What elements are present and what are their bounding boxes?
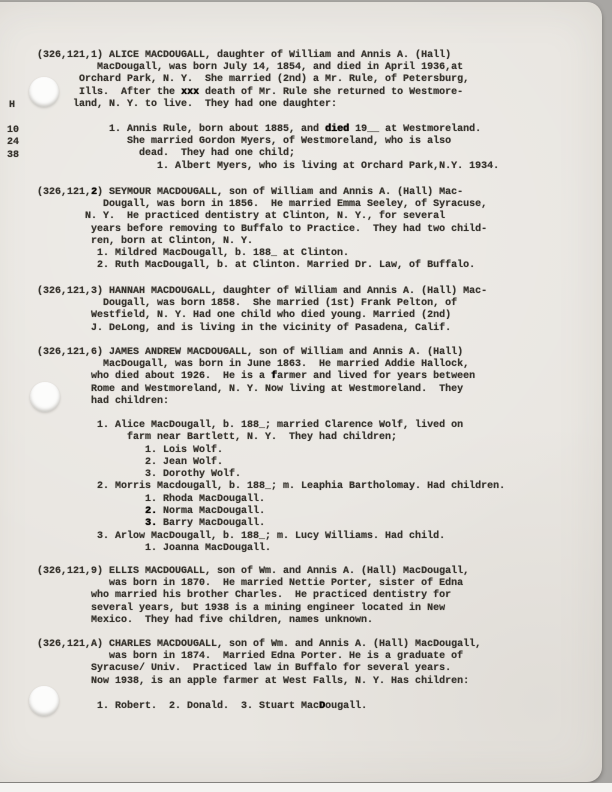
text-segment: J. DeLong, and is living in the vicinity… (37, 323, 451, 334)
text-segment: Now 1938, is an apple farmer at West Fal… (37, 676, 469, 687)
text-segment: 3. (145, 518, 157, 529)
text-segment: 2. Morris Macdougall, b. 188_; m. Leaphi… (37, 481, 505, 492)
text-line: Dougall, was born 1858. She married (1st… (37, 298, 487, 310)
text-segment: who died about 1926. He is a (37, 371, 271, 382)
text-segment: Ills. After the (37, 87, 181, 98)
text-segment: 19__ at Westmoreland. (349, 124, 481, 135)
text-segment: 1. Robert. 2. Donald. 3. Stuart Mac (37, 701, 319, 712)
text-line: 1. Lois Wolf. (37, 445, 505, 457)
text-line: several years, but 1938 is a mining engi… (37, 603, 469, 615)
text-segment: had children: (37, 396, 169, 407)
text-segment: She married Gordon Myers, of Westmorelan… (37, 136, 451, 147)
entry-charles-macdougall: (326,121,A) CHARLES MACDOUGALL, son of W… (37, 639, 481, 688)
text-line: who died about 1926. He is a farmer and … (37, 371, 475, 383)
text-segment: MacDougall, was born in June 1863. He ma… (37, 359, 469, 370)
text-segment: (326,121,A) CHARLES MACDOUGALL, son of W… (37, 639, 481, 650)
text-segment: Westfield, N. Y. Had one child who died … (37, 310, 451, 321)
text-segment: land, N. Y. to live. They had one daught… (37, 99, 337, 110)
text-segment: 3. Dorothy Wolf. (37, 469, 241, 480)
text-segment: 3. Arlow MacDougall, b. 188_; m. Lucy Wi… (37, 531, 445, 542)
text-segment: (326,121,3) HANNAH MACDOUGALL, daughter … (37, 286, 487, 297)
text-segment: 1. Lois Wolf. (37, 445, 223, 456)
text-line: (326,121,1) ALICE MACDOUGALL, daughter o… (37, 50, 469, 62)
text-segment: 1. Alice MacDougall, b. 188_; married Cl… (37, 420, 463, 431)
text-segment: (326,121,1) ALICE MACDOUGALL, daughter o… (37, 50, 451, 61)
text-line: was born in 1874. Married Edna Porter. H… (37, 651, 481, 663)
text-segment: ) SEYMOUR MACDOUGALL, son of William and… (97, 187, 463, 198)
text-segment: Norma MacDougall. (157, 506, 265, 517)
text-segment: (326,121, (37, 187, 91, 198)
text-line: Ills. After the xxx death of Mr. Rule sh… (37, 87, 469, 99)
text-segment: Dougall, was born in 1856. He married Em… (37, 199, 487, 210)
text-segment: Barry MacDougall. (157, 518, 265, 529)
text-segment: 2. (145, 506, 157, 517)
text-line: 3. Arlow MacDougall, b. 188_; m. Lucy Wi… (37, 531, 505, 543)
text-line: 3. Barry MacDougall. (37, 518, 505, 530)
text-segment: Orchard Park, N. Y. She married (2nd) a … (37, 74, 469, 85)
text-line: Orchard Park, N. Y. She married (2nd) a … (37, 74, 469, 86)
text-segment: Dougall, was born 1858. She married (1st… (37, 298, 457, 309)
margin-note-38: 38 (7, 150, 19, 162)
text-line: 1. Robert. 2. Donald. 3. Stuart MacDouga… (37, 701, 367, 713)
text-segment: ren, born at Clinton, N. Y. (37, 236, 253, 247)
typewritten-text: H 10 24 38 (326,121,1) ALICE MACDOUGALL,… (0, 0, 612, 792)
text-line: 3. Dorothy Wolf. (37, 469, 505, 481)
text-segment: death of Mr. Rule she returned to Westmo… (199, 87, 463, 98)
text-segment: was born in 1870. He married Nettie Port… (37, 578, 463, 589)
text-line: MacDougall, was born July 14, 1854, and … (37, 62, 469, 74)
text-line: farm near Bartlett, N. Y. They had child… (37, 432, 505, 444)
text-line: 1. Mildred MacDougall, b. 188_ at Clinto… (37, 248, 487, 260)
margin-note-24: 24 (7, 137, 19, 149)
text-segment (37, 506, 145, 517)
entry-seymour-macdougall: (326,121,2) SEYMOUR MACDOUGALL, son of W… (37, 187, 487, 272)
text-segment (37, 518, 145, 529)
text-line: (326,121,9) ELLIS MACDOUGALL, son of Wm.… (37, 566, 469, 578)
scanned-page: H 10 24 38 (326,121,1) ALICE MACDOUGALL,… (0, 0, 612, 792)
text-line: Westfield, N. Y. Had one child who died … (37, 310, 487, 322)
scan-bottom-edge (0, 783, 612, 792)
text-segment: Mexico. They had five children, names un… (37, 615, 373, 626)
entry-james-macdougall: (326,121,6) JAMES ANDREW MACDOUGALL, son… (37, 347, 475, 408)
text-segment: dead. They had one child; (37, 148, 295, 159)
text-segment: 1. Joanna MacDougall. (37, 543, 271, 554)
text-segment: farm near Bartlett, N. Y. They had child… (37, 432, 397, 443)
text-line: 1. Albert Myers, who is living at Orchar… (37, 161, 499, 173)
text-segment: 1. Rhoda MacDougall. (37, 494, 265, 505)
text-line: Syracuse/ Univ. Practiced law in Buffalo… (37, 663, 481, 675)
text-segment: MacDougall, was born July 14, 1854, and … (37, 62, 463, 73)
child-list-james-children: 1. Alice MacDougall, b. 188_; married Cl… (37, 420, 505, 555)
text-segment: several years, but 1938 is a mining engi… (37, 603, 445, 614)
text-segment: 1. Albert Myers, who is living at Orchar… (37, 161, 499, 172)
text-line: Mexico. They had five children, names un… (37, 615, 469, 627)
text-line: 2. Morris Macdougall, b. 188_; m. Leaphi… (37, 481, 505, 493)
entry-ellis-macdougall: (326,121,9) ELLIS MACDOUGALL, son of Wm.… (37, 566, 469, 627)
text-line: 2. Norma MacDougall. (37, 506, 505, 518)
text-line: was born in 1870. He married Nettie Port… (37, 578, 469, 590)
text-line: She married Gordon Myers, of Westmorelan… (37, 136, 499, 148)
entry-alice-macdougall: (326,121,1) ALICE MACDOUGALL, daughter o… (37, 50, 469, 111)
text-segment: Syracuse/ Univ. Practiced law in Buffalo… (37, 663, 451, 674)
text-line: (326,121,3) HANNAH MACDOUGALL, daughter … (37, 286, 487, 298)
text-segment: 2. Jean Wolf. (37, 457, 223, 468)
text-line: Now 1938, is an apple farmer at West Fal… (37, 676, 481, 688)
text-line: land, N. Y. to live. They had one daught… (37, 99, 469, 111)
text-line: dead. They had one child; (37, 148, 499, 160)
text-line: (326,121,A) CHARLES MACDOUGALL, son of W… (37, 639, 481, 651)
text-line: J. DeLong, and is living in the vicinity… (37, 323, 487, 335)
text-segment: ougall. (325, 701, 367, 712)
text-segment: N. Y. He practiced dentistry at Clinton,… (37, 211, 445, 222)
text-segment: who married his brother Charles. He prac… (37, 590, 451, 601)
text-segment: armer and lived for years between (277, 371, 475, 382)
text-line: 2. Ruth MacDougall, b. at Clinton. Marri… (37, 260, 487, 272)
text-line: Dougall, was born in 1856. He married Em… (37, 199, 487, 211)
text-segment: Rome and Westmoreland, N. Y. Now living … (37, 384, 463, 395)
text-line: years before removing to Buffalo to Prac… (37, 224, 487, 236)
text-segment: (326,121,6) JAMES ANDREW MACDOUGALL, son… (37, 347, 463, 358)
text-line: 2. Jean Wolf. (37, 457, 505, 469)
text-segment: (326,121,9) ELLIS MACDOUGALL, son of Wm.… (37, 566, 469, 577)
text-segment: years before removing to Buffalo to Prac… (37, 224, 487, 235)
text-line: 1. Alice MacDougall, b. 188_; married Cl… (37, 420, 505, 432)
text-segment: 1. Mildred MacDougall, b. 188_ at Clinto… (37, 248, 349, 259)
text-segment: died (325, 124, 349, 135)
text-line: (326,121,6) JAMES ANDREW MACDOUGALL, son… (37, 347, 475, 359)
text-segment: 1. Annis Rule, born about 1885, and (37, 124, 325, 135)
margin-note-10: 10 (7, 125, 19, 137)
entry-hannah-macdougall: (326,121,3) HANNAH MACDOUGALL, daughter … (37, 286, 487, 335)
text-line: had children: (37, 396, 475, 408)
text-line: (326,121,2) SEYMOUR MACDOUGALL, son of W… (37, 187, 487, 199)
text-line: ren, born at Clinton, N. Y. (37, 236, 487, 248)
text-segment: was born in 1874. Married Edna Porter. H… (37, 651, 463, 662)
text-line: Rome and Westmoreland, N. Y. Now living … (37, 384, 475, 396)
text-line: MacDougall, was born in June 1863. He ma… (37, 359, 475, 371)
margin-note-h: H (9, 100, 15, 112)
text-line: 1. Annis Rule, born about 1885, and died… (37, 124, 499, 136)
text-line: 1. Rhoda MacDougall. (37, 494, 505, 506)
text-line: who married his brother Charles. He prac… (37, 590, 469, 602)
text-segment: xxx (181, 87, 199, 98)
text-segment: 2. Ruth MacDougall, b. at Clinton. Marri… (37, 260, 475, 271)
text-line: 1. Joanna MacDougall. (37, 543, 505, 555)
text-line: N. Y. He practiced dentistry at Clinton,… (37, 211, 487, 223)
child-list-annis-rule: 1. Annis Rule, born about 1885, and died… (37, 124, 499, 173)
child-list-charles-children: 1. Robert. 2. Donald. 3. Stuart MacDouga… (37, 701, 367, 713)
